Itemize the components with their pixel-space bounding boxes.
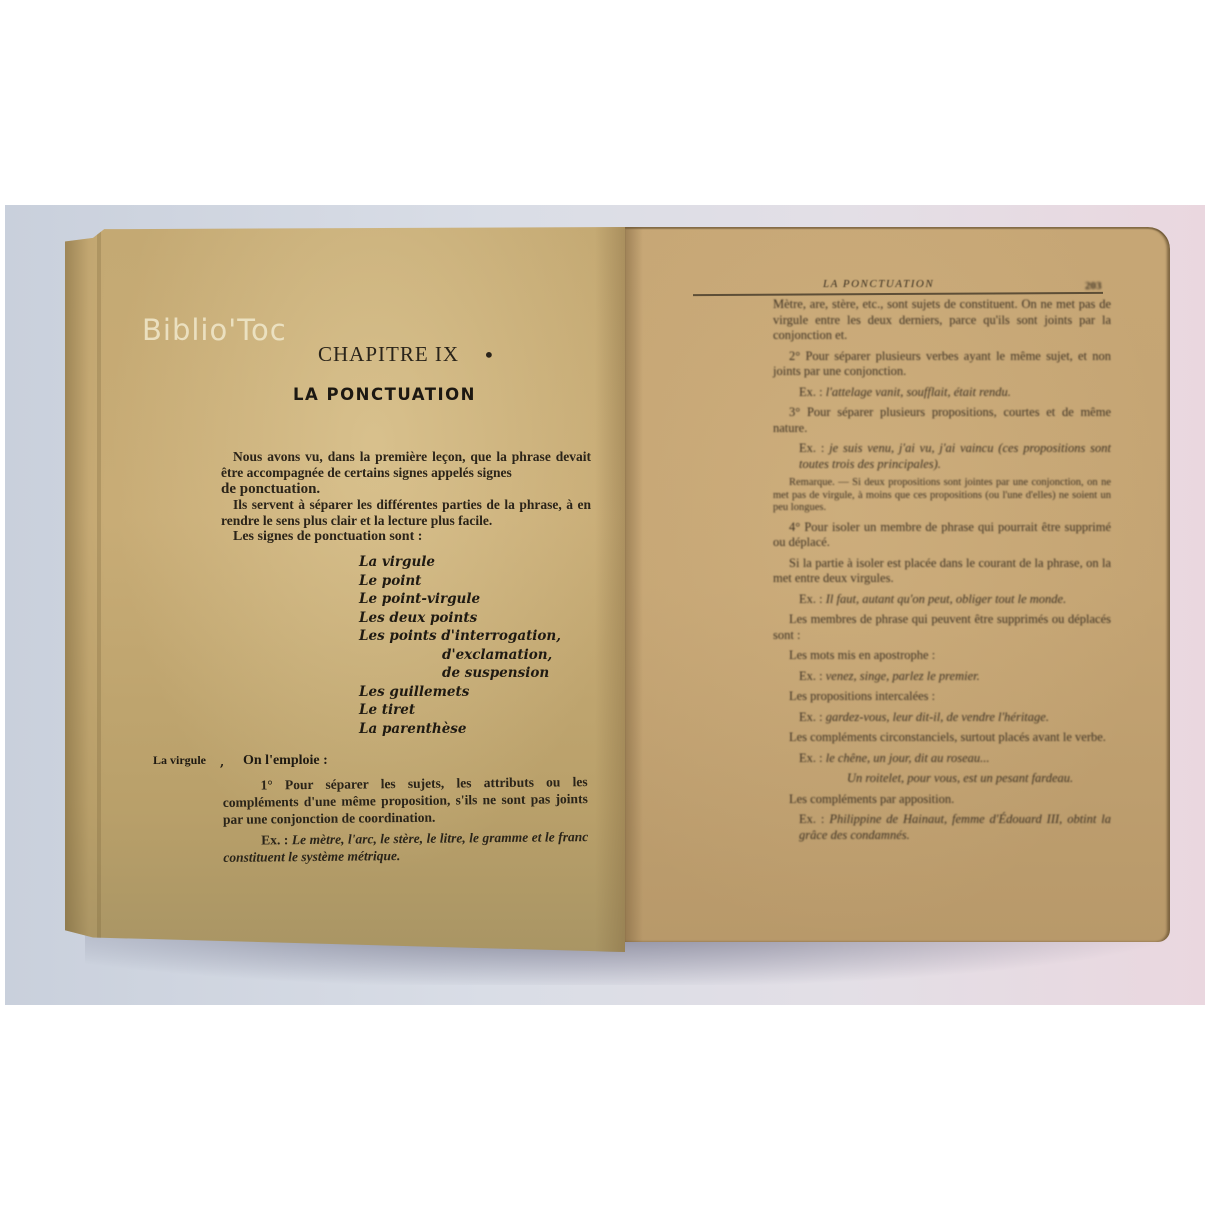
book-photo: Biblio'Toc CHAPITRE IX • LA PONCTUATION …	[5, 205, 1205, 1005]
example-label: Ex. :	[799, 385, 826, 399]
paragraph-text: Il faut, autant qu'on peut, obliger tout…	[826, 592, 1067, 606]
example-label: Ex. :	[799, 751, 826, 765]
paragraph-text: Philippine de Hainaut, femme d'Édouard I…	[799, 812, 1111, 842]
list-item: Les deux points	[359, 609, 561, 628]
example-label: Ex. :	[799, 441, 829, 455]
watermark-logo: Biblio'Toc	[142, 313, 287, 347]
section-body: 1° Pour séparer les sujets, les attribut…	[223, 773, 589, 870]
intro-text: Nous avons vu, dans la première leçon, q…	[221, 449, 591, 529]
paragraph: Les compléments par apposition.	[773, 792, 1111, 808]
paragraph: Ex. : l'attelage vanit, soufflait, était…	[773, 385, 1111, 401]
paragraph-text: Mètre, are, stère, etc., sont sujets de …	[773, 297, 1111, 342]
paragraph: Les compléments circonstanciels, surtout…	[773, 730, 1111, 746]
paragraph: Ex. : Il faut, autant qu'on peut, oblige…	[773, 592, 1111, 608]
running-head: LA PONCTUATION	[823, 278, 934, 290]
paragraph-text: 4° Pour isoler un membre de phrase qui p…	[773, 520, 1111, 550]
paragraph: Remarque. — Si deux propositions sont jo…	[773, 477, 1111, 515]
rule-1: 1° Pour séparer les sujets, les attribut…	[223, 773, 589, 828]
chapter-title: CHAPITRE IX	[318, 342, 459, 367]
paragraph-text: Les mots mis en apostrophe :	[789, 648, 935, 662]
paragraph-text: Si la partie à isoler est placée dans le…	[773, 556, 1111, 586]
paragraph: Ex. : je suis venu, j'ai vu, j'ai vaincu…	[773, 441, 1111, 472]
paragraph: Les propositions intercalées :	[773, 689, 1111, 705]
paragraph-text: je suis venu, j'ai vu, j'ai vaincu (ces …	[799, 441, 1111, 471]
example-label: Ex. :	[799, 710, 826, 724]
paragraph-text: 3° Pour séparer plusieurs propositions, …	[773, 405, 1111, 435]
paragraph-text: Les compléments circonstanciels, surtout…	[789, 730, 1106, 744]
paragraph: 2° Pour séparer plusieurs verbes ayant l…	[773, 349, 1111, 380]
list-item: La parenthèse	[359, 720, 561, 739]
list-item: Les points d'interrogation,	[359, 627, 561, 646]
section-intro: On l'emploie :	[243, 753, 328, 769]
section-label: La virgule	[153, 753, 206, 768]
paragraph: Les mots mis en apostrophe :	[773, 648, 1111, 664]
paragraph: Ex. : Philippine de Hainaut, femme d'Édo…	[773, 812, 1111, 843]
paragraph-text: Les propositions intercalées :	[789, 689, 935, 703]
signs-lead: Les signes de ponctuation sont :	[233, 529, 422, 545]
list-item: Le tiret	[359, 701, 561, 720]
example-label: Ex. :	[799, 592, 826, 606]
page-number: 203	[1085, 280, 1102, 292]
paragraph: Ex. : gardez-vous, leur dit-il, de vendr…	[773, 710, 1111, 726]
list-item: Le point	[359, 572, 561, 591]
gutter-shadow-right	[625, 227, 643, 942]
example-1: Ex. : Le mètre, l'arc, le stère, le litr…	[223, 828, 588, 866]
intro-line-1: Nous avons vu, dans la première leçon, q…	[221, 449, 591, 480]
paragraph: Ex. : venez, singe, parlez le premier.	[773, 669, 1111, 685]
example-label: Ex. :	[799, 812, 829, 826]
signs-list: La virgule Le point Le point-virgule Les…	[359, 553, 561, 738]
paragraph-text: l'attelage vanit, soufflait, était rendu…	[826, 385, 1011, 399]
list-item: de suspension	[359, 664, 561, 683]
paragraph: 3° Pour séparer plusieurs propositions, …	[773, 405, 1111, 436]
paragraph: 4° Pour isoler un membre de phrase qui p…	[773, 520, 1111, 551]
paragraph-text: 2° Pour séparer plusieurs verbes ayant l…	[773, 349, 1111, 379]
list-item: d'exclamation,	[359, 646, 561, 665]
paragraph-text: Les compléments par apposition.	[789, 792, 954, 806]
paragraph-text: Un roitelet, pour vous, est un pesant fa…	[847, 771, 1073, 785]
gutter-shadow	[595, 227, 625, 952]
paragraph-text: le chêne, un jour, dit au roseau...	[826, 751, 990, 765]
list-item: La virgule	[359, 553, 561, 572]
section-separator: ,	[220, 755, 224, 769]
paragraph-text: Les membres de phrase qui peuvent être s…	[773, 612, 1111, 642]
intro-line-3: Ils servent à séparer les différentes pa…	[221, 497, 591, 528]
list-item: Les guillemets	[359, 683, 561, 702]
paragraph-text: venez, singe, parlez le premier.	[826, 669, 980, 683]
paragraph: Ex. : le chêne, un jour, dit au roseau..…	[773, 751, 1111, 767]
right-page-text: Mètre, are, stère, etc., sont sujets de …	[773, 297, 1111, 848]
page-edge-fold	[97, 227, 101, 952]
paragraph: Un roitelet, pour vous, est un pesant fa…	[773, 771, 1111, 787]
intro-line-2: de ponctuation.	[221, 481, 320, 497]
paragraph: Mètre, are, stère, etc., sont sujets de …	[773, 297, 1111, 344]
chapter-name: LA PONCTUATION	[293, 385, 476, 404]
chapter-mark: •	[483, 343, 495, 367]
example-label: Ex. :	[261, 832, 288, 847]
paragraph: Si la partie à isoler est placée dans le…	[773, 556, 1111, 587]
list-item: Le point-virgule	[359, 590, 561, 609]
paragraph: Les membres de phrase qui peuvent être s…	[773, 612, 1111, 643]
paragraph-text: gardez-vous, leur dit-il, de vendre l'hé…	[826, 710, 1049, 724]
example-label: Ex. :	[799, 669, 826, 683]
paragraph-text: Remarque. — Si deux propositions sont jo…	[773, 477, 1111, 513]
